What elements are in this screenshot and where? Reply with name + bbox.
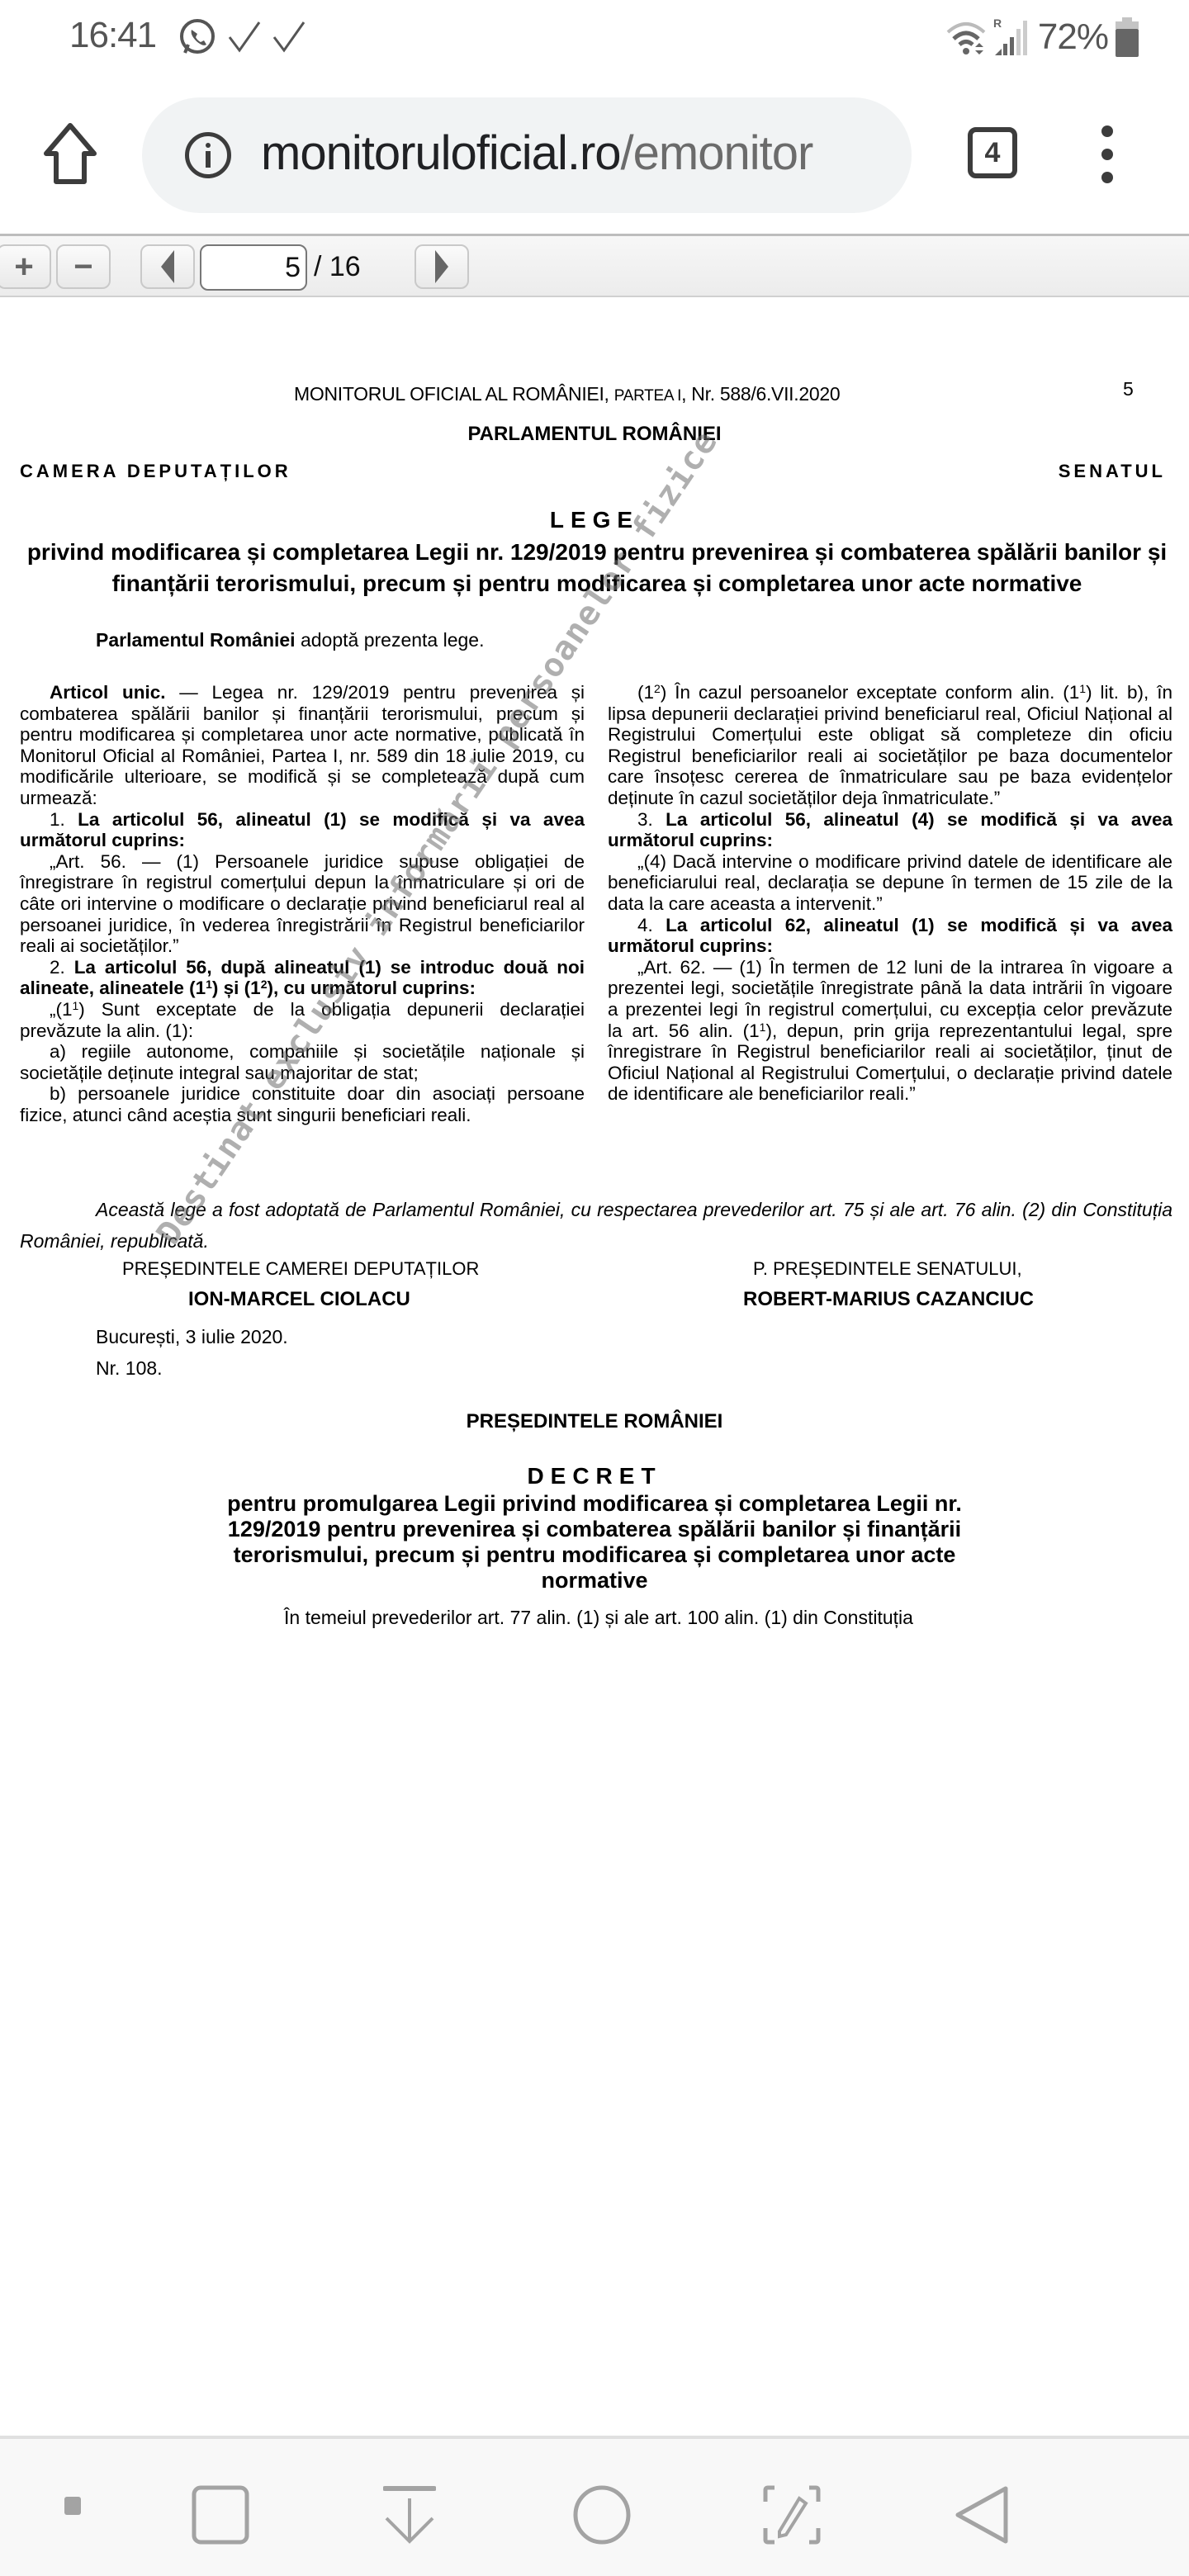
paragraph-1-2: (12) În cazul persoanelor exceptate conf… [608, 682, 1172, 809]
home-button[interactable] [41, 122, 99, 185]
law-number: Nr. 108. [96, 1357, 163, 1380]
zoom-in-button[interactable]: + [0, 244, 51, 289]
decree-subtitle: pentru promulgarea Legii privind modific… [223, 1491, 966, 1593]
previous-page-button[interactable] [140, 244, 195, 289]
amendment-4: 4. La articolul 62, alineatul (1) se mod… [608, 915, 1172, 957]
signatory-left-title: PREȘEDINTELE CAMEREI DEPUTAȚILOR [122, 1258, 479, 1280]
pdf-page: MONITORUL OFICIAL AL ROMÂNIEI, PARTEA I,… [0, 297, 1189, 2427]
amendment-3: 3. La articolul 56, alineatul (4) se mod… [608, 809, 1172, 851]
home-circle-icon[interactable] [573, 2485, 631, 2545]
item-b: b) persoanele juridice constituite doar … [20, 1083, 585, 1125]
page-number-input[interactable] [200, 244, 307, 291]
signatory-left-name: ION-MARCEL CIOLACU [188, 1288, 410, 1311]
amendment-2: 2. La articolul 56, după alineatul (1) s… [20, 957, 585, 999]
back-icon[interactable] [953, 2485, 1011, 2545]
screenshot-edit-icon[interactable] [763, 2485, 821, 2545]
chamber-deputies-heading: CAMERA DEPUTAȚILOR [20, 461, 291, 482]
art-62-text: „Art. 62. — (1) În termen de 12 luni de … [608, 957, 1172, 1105]
right-column: (12) În cazul persoanelor exceptate conf… [608, 682, 1172, 1105]
dot-icon [1101, 172, 1113, 183]
president-heading: PREȘEDINTELE ROMÂNIEI [0, 1410, 1189, 1433]
system-nav-bar [0, 2436, 1189, 2576]
home-icon [41, 122, 99, 185]
paragraph-4: „(4) Dacă intervine o modificare privind… [608, 851, 1172, 915]
art-56-text: „Art. 56. — (1) Persoanele juridice supu… [20, 851, 585, 957]
decree-title: DECRET [0, 1463, 1189, 1489]
browser-toolbar: monitoruloficial.ro/emonitor 4 [0, 74, 1189, 236]
dot-icon [1101, 125, 1113, 137]
senate-heading: SENATUL [1059, 461, 1166, 482]
amendment-1: 1. La articolul 56, alineatul (1) se mod… [20, 809, 585, 851]
page-number: 5 [1123, 378, 1134, 400]
next-page-button[interactable] [414, 244, 469, 289]
decree-basis: În temeiul prevederilor art. 77 alin. (1… [284, 1607, 913, 1629]
signal-icon: R [993, 17, 1031, 57]
notification-icons [177, 17, 307, 58]
check-icon [271, 19, 307, 55]
battery-percent: 72% [1038, 17, 1108, 58]
status-bar: 16:41 R 72% [0, 0, 1189, 74]
clock: 16:41 [69, 15, 156, 56]
recents-icon[interactable] [192, 2485, 249, 2545]
dot-icon[interactable] [64, 2497, 81, 2515]
dot-icon [1101, 149, 1113, 160]
signatory-right-title: P. PREȘEDINTELE SENATULUI, [753, 1258, 1022, 1280]
system-indicators: R 72% [945, 17, 1139, 58]
check-icon [226, 19, 263, 55]
battery-icon [1115, 17, 1139, 57]
download-icon[interactable] [383, 2485, 436, 2545]
url-text[interactable]: monitoruloficial.ro/emonitor [261, 125, 812, 181]
running-header: MONITORUL OFICIAL AL ROMÂNIEI, PARTEA I,… [294, 383, 840, 405]
parliament-heading: PARLAMENTUL ROMÂNIEI [0, 423, 1189, 446]
signatory-right-name: ROBERT-MARIUS CAZANCIUC [743, 1288, 1034, 1311]
svg-text:R: R [993, 17, 1002, 30]
tab-switcher-button[interactable]: 4 [968, 127, 1017, 178]
address-bar[interactable]: monitoruloficial.ro/emonitor [142, 97, 912, 213]
triangle-right-icon [433, 249, 450, 285]
adoption-formula: Parlamentul României adoptă prezenta leg… [96, 629, 484, 651]
triangle-left-icon [159, 249, 176, 285]
wifi-icon [945, 19, 987, 55]
whatsapp-icon [177, 17, 218, 58]
law-title: LEGE [0, 507, 1189, 533]
place-date: București, 3 iulie 2020. [96, 1326, 288, 1348]
more-menu-button[interactable] [1095, 125, 1120, 183]
page-total: / 16 [314, 251, 361, 283]
zoom-out-button[interactable]: − [56, 244, 111, 289]
pdf-toolbar: + − / 16 [0, 236, 1189, 297]
info-icon[interactable] [185, 132, 231, 178]
